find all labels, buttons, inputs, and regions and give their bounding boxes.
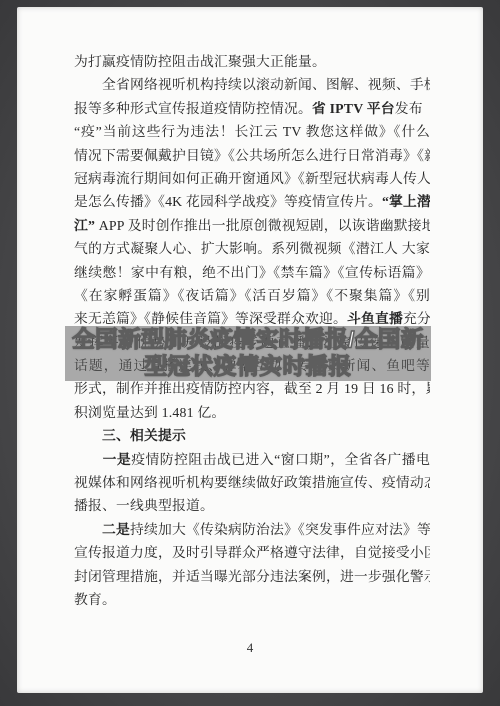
document-line-segment: APP 及时创作推出一批原创微视短剧，以诙谐幽默接地 <box>95 218 430 233</box>
document-line-segment: 《在家孵蛋篇》《夜话篇》《活百岁篇》《不聚集篇》《别 <box>74 288 430 303</box>
document-line-bold-segment: 三、相关提示 <box>102 428 186 443</box>
document-line-bold-segment: 二是 <box>102 522 130 537</box>
document-line-bold-segment: 一是 <box>103 452 132 467</box>
document-line: 是怎么传播》《4K 花园科学战疫》等疫情宣传片。“掌上潜 <box>74 190 430 213</box>
document-line-segment: 来无恙篇》《静候佳音篇》等深受群众欢迎。 <box>74 311 347 326</box>
document-line: 教育。 <box>74 588 430 611</box>
page-number: 4 <box>0 640 500 656</box>
document-line-bold-segment: “掌上潜 <box>382 194 430 209</box>
document-line-bold-segment: 斗鱼直播 <box>347 311 403 326</box>
document-line-segment <box>74 522 102 537</box>
document-line-segment: 冠病毒流行期间如何正确开窗通风》《新型冠状病毒人传人 <box>74 171 430 186</box>
watermark-title-line2: 型冠状疫情实时播报 <box>65 353 431 380</box>
document-line: 封闭管理措施，并适当曝光部分违法案例，进一步强化警示 <box>74 565 430 588</box>
document-line: “疫”当前这些行为违法！长江云 TV 教您这样做》《什么 <box>74 120 430 143</box>
document-line-segment: 为打赢疫情防控阻击战汇聚强大正能量。 <box>74 54 326 69</box>
watermark-title-line1: 全国新型肺炎疫情实时播报/全国新 <box>65 326 431 353</box>
screenshot-canvas: 为打赢疫情防控阻击战汇聚强大正能量。 全省网络视听机构持续以滚动新闻、图解、视频… <box>0 0 500 706</box>
document-line: 《在家孵蛋篇》《夜话篇》《活百岁篇》《不聚集篇》《别 <box>74 284 430 307</box>
document-line-segment: 继续憋！家中有粮，绝不出门》《禁车篇》《宣传标语篇》 <box>74 265 430 280</box>
document-line: 视媒体和网络视听机构要继续做好政策措施宣传、疫情动态 <box>74 471 430 494</box>
document-line-segment: 宣传报道力度，及时引导群众严格遵守法律，自觉接受小区 <box>74 545 430 560</box>
document-line: 三、相关提示 <box>74 424 430 447</box>
document-line-segment: 充分 <box>403 311 430 326</box>
document-line-segment: 是怎么传播》《4K 花园科学战疫》等疫情宣传片。 <box>74 194 382 209</box>
document-line-segment: 疫情防控阻击战已进入“窗口期”，全省各广播电 <box>131 452 430 467</box>
document-line-segment: 形式，制作并推出疫情防控内容，截至 2 月 19 日 16 时，累 <box>74 381 430 396</box>
document-line-bold-segment: 江” <box>74 218 95 233</box>
document-line: 播报、一线典型报道。 <box>74 494 430 517</box>
document-line: 气的方式凝聚人心、扩大影响。系列微视频《潜江人 大家 <box>74 237 430 260</box>
document-line-segment: 报等多种形式宣传报道疫情防控情况。 <box>74 101 312 116</box>
document-line-segment <box>74 428 102 443</box>
document-line-segment: 积浏览量达到 1.481 亿。 <box>74 405 225 420</box>
document-line-segment: 封闭管理措施，并适当曝光部分违法案例，进一步强化警示 <box>74 569 430 584</box>
document-line-segment: 气的方式凝聚人心、扩大影响。系列微视频《潜江人 大家 <box>74 241 430 256</box>
document-line-bold-segment: 省 IPTV 平台 <box>312 101 395 116</box>
document-line: 情况下需要佩戴护目镜》《公共场所怎么进行日常消毒》《新 <box>74 144 430 167</box>
document-line-segment: 持续加大《传染病防治法》《突发事件应对法》等 <box>130 522 430 537</box>
document-line-segment: 教育。 <box>74 592 116 607</box>
document-line: 冠病毒流行期间如何正确开窗通风》《新型冠状病毒人传人 <box>74 167 430 190</box>
document-line-segment: “疫”当前这些行为违法！长江云 TV 教您这样做》《什么 <box>74 124 430 139</box>
document-line: 积浏览量达到 1.481 亿。 <box>74 401 430 424</box>
document-line-segment: 发布《战 <box>395 101 430 116</box>
document-line: 报等多种形式宣传报道疫情防控情况。省 IPTV 平台发布《战 <box>74 97 430 120</box>
document-line: 江” APP 及时创作推出一批原创微视短剧，以诙谐幽默接地 <box>74 214 430 237</box>
document-line-segment <box>74 452 103 467</box>
watermark-title-overlay: 全国新型肺炎疫情实时播报/全国新 型冠状疫情实时播报 <box>65 326 431 381</box>
document-line: 宣传报道力度，及时引导群众严格遵守法律，自觉接受小区 <box>74 541 430 564</box>
document-line-segment: 情况下需要佩戴护目镜》《公共场所怎么进行日常消毒》《新 <box>74 148 430 163</box>
document-line: 继续憋！家中有粮，绝不出门》《禁车篇》《宣传标语篇》 <box>74 261 430 284</box>
document-line: 二是持续加大《传染病防治法》《突发事件应对法》等 <box>74 518 430 541</box>
document-line: 为打赢疫情防控阻击战汇聚强大正能量。 <box>74 50 430 73</box>
document-line: 全省网络视听机构持续以滚动新闻、图解、视频、手机 <box>74 73 430 96</box>
document-line-segment: 全省网络视听机构持续以滚动新闻、图解、视频、手机 <box>74 77 430 92</box>
document-line-segment: 视媒体和网络视听机构要继续做好政策措施宣传、疫情动态 <box>74 475 430 490</box>
document-line-segment: 播报、一线典型报道。 <box>74 498 214 513</box>
document-line: 一是疫情防控阻击战已进入“窗口期”，全省各广播电 <box>74 448 430 471</box>
